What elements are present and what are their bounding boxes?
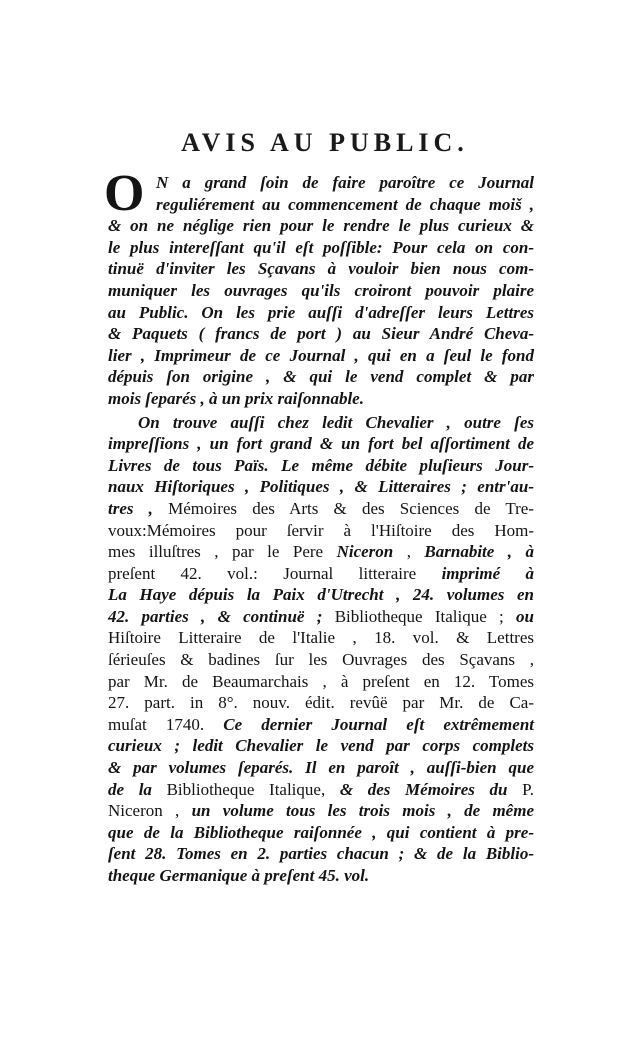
drop-cap: O (104, 170, 144, 218)
text-span: Niceron (337, 542, 394, 561)
text-line: muniquer les ouvrages qu'ils croiront po… (108, 280, 534, 302)
paragraph-2: On trouve auſſi chez ledit Chevalier , o… (108, 412, 534, 887)
text-line: ſérieuſes & badines ſur les Ouvrages des… (108, 649, 534, 671)
text-line: 42. parties , & continuë ; Bibliotheque … (108, 606, 534, 628)
text-span: muſat 1740. (108, 715, 223, 734)
text-line: mes illuſtres , par le Pere Niceron , Ba… (108, 541, 534, 563)
text-span: ou (516, 607, 534, 626)
text-line: 27. part. in 8°. nouv. édit. revûë par M… (108, 692, 534, 714)
text-line: theque Germanique à preſent 45. vol. (108, 865, 534, 887)
text-line: lier , Imprimeur de ce Journal , qui en … (108, 345, 534, 367)
text-line: au Public. On les prie auſſi d'adreſſer … (108, 302, 534, 324)
text-span: Bibliotheque Italique ; (335, 607, 516, 626)
text-line: naux Hiſtoriques , Politiques , & Litter… (108, 476, 534, 498)
text-line: Livres de tous Païs. Le même débite pluſ… (108, 455, 534, 477)
text-span: un volume tous les trois mois , de même (192, 801, 534, 820)
text-line: de la Bibliotheque Italique, & des Mémoi… (108, 779, 534, 801)
text-span: mes illuſtres , par le Pere (108, 542, 337, 561)
text-span: 42. parties , & continuë ; (108, 607, 335, 626)
text-span: preſent 42. vol.: Journal litteraire (108, 564, 442, 583)
text-line: curieux ; ledit Chevalier le vend par co… (108, 735, 534, 757)
text-span: Ce dernier Journal eſt extrêmement (223, 715, 534, 734)
text-line: Hiſtoire Litteraire de l'Italie , 18. vo… (108, 627, 534, 649)
text-line: tinuë d'inviter les Sçavans à vouloir bi… (108, 258, 534, 280)
text-span: de la (108, 780, 167, 799)
text-span: tres , (108, 499, 153, 518)
text-line: & on ne néglige rien pour le rendre le p… (108, 215, 534, 237)
text-line: & par volumes ſeparés. Il en paroît , au… (108, 757, 534, 779)
text-span: & des Mémoires du (340, 780, 522, 799)
text-span: , (393, 542, 424, 561)
text-line: & Paquets ( francs de port ) au Sieur An… (108, 323, 534, 345)
text-span: imprimé à (442, 564, 534, 583)
text-line: ſent 28. Tomes en 2. parties chacun ; & … (108, 843, 534, 865)
text-line: reguliérement au commencement de chaque … (108, 194, 534, 216)
text-line: dépuis ſon origine , & qui le vend compl… (108, 366, 534, 388)
text-line: preſent 42. vol.: Journal litteraire imp… (108, 563, 534, 585)
text-line: impreſſions , un fort grand & un fort be… (108, 433, 534, 455)
text-span: Niceron , (108, 801, 192, 820)
text-line: voux:Mémoires pour ſervir à l'Hiſtoire d… (108, 520, 534, 542)
text-line: par Mr. de Beaumarchais , à preſent en 1… (108, 671, 534, 693)
text-span: Bibliotheque Italique, (167, 780, 340, 799)
text-line: muſat 1740. Ce dernier Journal eſt extrê… (108, 714, 534, 736)
text-line: mois ſeparés , à un prix raiſonnable. (108, 388, 534, 410)
paragraph-1: O N a grand ſoin de faire paroître ce Jo… (108, 172, 534, 410)
text-line: N a grand ſoin de faire paroître ce Jour… (108, 172, 534, 194)
text-span: P. (522, 780, 534, 799)
text-line: que de la Bibliotheque raiſonnée , qui c… (108, 822, 534, 844)
text-span: Barnabite , à (424, 542, 534, 561)
text-line: le plus intereſſant qu'il eſt poſſible: … (108, 237, 534, 259)
page-body: O N a grand ſoin de faire paroître ce Jo… (108, 172, 534, 887)
text-line: tres , Mémoires des Arts & des Sciences … (108, 498, 534, 520)
text-line: La Haye dépuis la Paix d'Utrecht , 24. v… (108, 584, 534, 606)
text-line: Niceron , un volume tous les trois mois … (108, 800, 534, 822)
text-span: Mémoires des Arts & des Sciences de Tre- (153, 499, 534, 518)
text-line: On trouve auſſi chez ledit Chevalier , o… (108, 412, 534, 434)
page-title: AVIS AU PUBLIC. (150, 128, 500, 158)
